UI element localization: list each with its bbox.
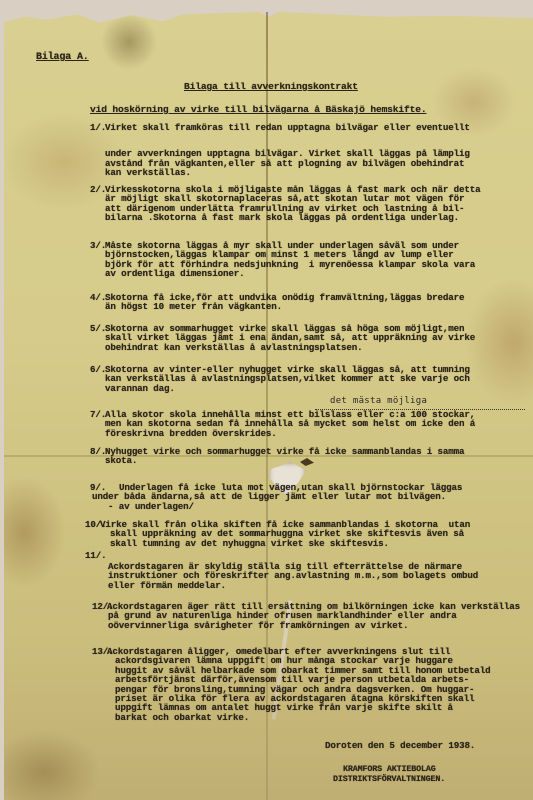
clause-line: skall tumning av det nyhuggna virket ske… [110,539,389,549]
clause-line: obehindrat kan verkställas å avlastnings… [105,343,362,353]
clause-line: föreskrivna bredden överskrides. [105,429,277,439]
clause-line: Virket skall framköras till redan upptag… [105,123,470,133]
document-title: Bilaga till avverkningskontrakt [184,82,358,92]
clause-line: än högst 10 meter från vägkanten. [105,302,282,312]
clause-number: 11/. [85,551,106,561]
document-subtitle: vid hoskörning av virke till bilvägarna … [90,105,426,115]
clause-line: barkat och obarkat virke. [115,713,249,723]
clause-line: eller förmän meddelar. [108,581,226,591]
handwritten-insert: det mästa möjliga [330,396,427,406]
clause-number: 6/. [90,365,106,375]
clause-line: varannan dag. [105,384,175,394]
clause-number: 4/. [90,293,106,303]
clause-number: 3/. [90,241,106,251]
signature-department: DISTRIKTSFÖRVALTNINGEN. [333,775,445,785]
clause-line: Nyhugget virke och sommarhugget virke få… [105,447,464,457]
clause-line: skota. [105,456,137,466]
clause-line: av ordentliga dimensioner. [105,269,244,279]
strikethrough-mark [315,409,525,410]
clause-number: 5/. [90,324,106,334]
clause-line: oövervinnerliga svårigheter för framkörn… [108,621,408,631]
clause-number: 7/. [90,410,106,420]
clause-line: bilarna .Skotorna å fast mark skola lägg… [105,213,459,223]
clause-line: - av underlagen/ [108,502,194,512]
clause-number: 8/. [90,447,106,457]
document-label: Bilaga A. [36,53,89,63]
clause-number: 1/. [90,123,106,133]
clause-number: 2/. [90,185,106,195]
signature-place-date: Doroten den 5 december 1938. [325,741,475,751]
clause-line: kan verkställas. [105,168,191,178]
